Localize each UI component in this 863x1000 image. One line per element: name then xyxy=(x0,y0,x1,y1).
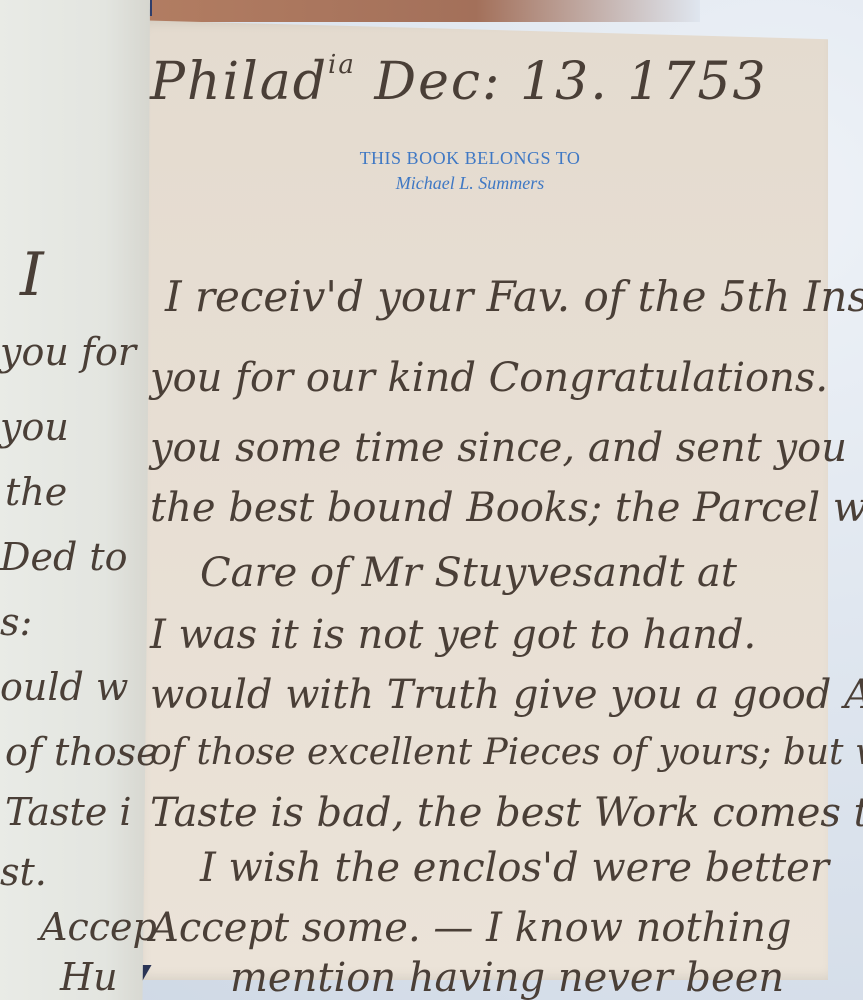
letter-place-date: Philadia Dec: 13. 1753 xyxy=(150,50,768,112)
left-fragment: I xyxy=(20,240,44,310)
letter-line-2: you for our kind Congratulations. xyxy=(150,355,828,401)
left-fragment: ould w xyxy=(0,665,128,709)
place-superscript: ia xyxy=(328,50,356,80)
letter-line-11: Accept some. — I know nothing xyxy=(150,905,792,951)
bookplate-title: THIS BOOK BELONGS TO xyxy=(330,148,610,169)
left-fragment: Hu xyxy=(60,955,118,999)
left-fragment: the xyxy=(5,470,67,514)
left-fragment: of those xyxy=(5,730,159,774)
letter-line-1: I receiv'd your Fav. of the 5th Inst. xyxy=(165,272,863,321)
bookplate-stamp: THIS BOOK BELONGS TO Michael L. Summers xyxy=(330,148,610,194)
letter-line-8: of those excellent Pieces of yours; but … xyxy=(150,732,863,773)
left-fragment: you xyxy=(0,405,69,449)
left-fragment: Ded to xyxy=(0,535,128,579)
left-fragment: st. xyxy=(0,850,47,894)
left-fragment: s: xyxy=(0,600,32,644)
letter-line-4: the best bound Books; the Parcel was xyxy=(150,485,863,531)
place: Philad xyxy=(150,52,328,112)
letter-line-3: you some time since, and sent you xyxy=(150,425,847,471)
letter-line-9: Taste is bad, the best Work comes to the xyxy=(150,790,863,836)
letter-line-7: would with Truth give you a good Acct xyxy=(150,672,863,718)
left-fragment: Accep xyxy=(40,905,157,949)
book-cover-edge xyxy=(140,0,700,22)
letter-line-5: Care of Mr Stuyvesandt at xyxy=(200,550,737,596)
letter-line-12: mention having never been xyxy=(230,955,784,1000)
left-fragment: Taste i xyxy=(5,790,132,834)
letter-line-10: I wish the enclos'd were better xyxy=(200,845,829,891)
left-fragment: you for xyxy=(0,330,136,374)
letter-line-6: I was it is not yet got to hand. xyxy=(150,612,756,658)
date: Dec: 13. 1753 xyxy=(374,52,767,112)
bookplate-owner: Michael L. Summers xyxy=(330,173,610,194)
